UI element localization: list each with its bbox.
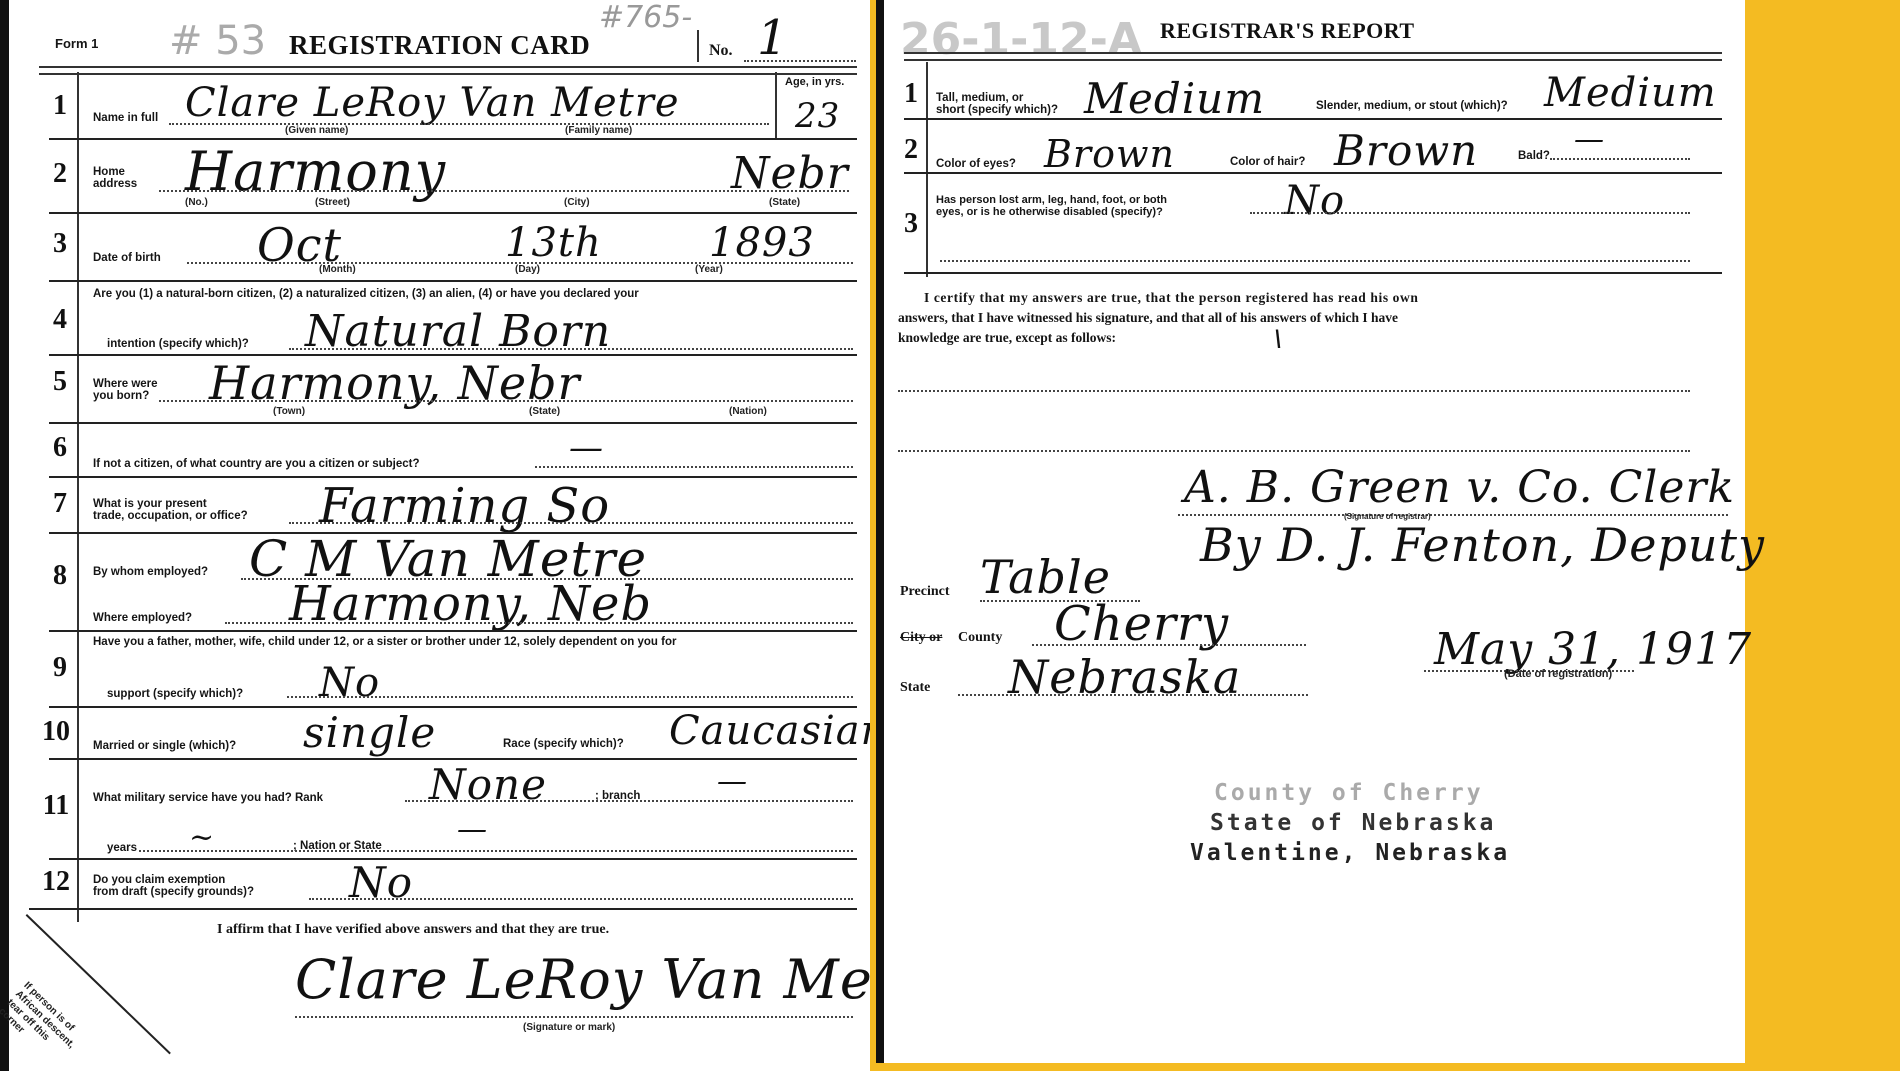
divider bbox=[697, 30, 699, 62]
nation-caption: (Nation) bbox=[729, 406, 767, 417]
dotted-line bbox=[898, 390, 1690, 392]
branch-value: — bbox=[717, 764, 748, 799]
citizenship-question: Are you (1) a natural-born citizen, (2) … bbox=[93, 288, 639, 300]
certification-mark: \ bbox=[1274, 326, 1283, 352]
eye-color-label: Color of eyes? bbox=[936, 158, 1016, 170]
row-number: 5 bbox=[43, 366, 77, 398]
occupation-label-1: What is your present bbox=[93, 498, 207, 510]
row-number: 7 bbox=[43, 488, 77, 520]
pencil-number: # 53 bbox=[169, 18, 266, 64]
marital-label: Married or single (which)? bbox=[93, 740, 236, 752]
certification-line-1: I certify that my answers are true, that… bbox=[924, 290, 1418, 306]
family-name-caption: (Family name) bbox=[565, 125, 632, 136]
height-label-2: short (specify which)? bbox=[936, 104, 1058, 116]
height-value: Medium bbox=[1084, 74, 1265, 123]
row-number: 12 bbox=[39, 866, 73, 898]
dotted-line bbox=[289, 348, 853, 350]
dotted-line bbox=[898, 450, 1690, 452]
birthplace-label-1: Where were bbox=[93, 378, 158, 390]
dependents-question: Have you a father, mother, wife, child u… bbox=[93, 636, 676, 648]
certification-line-2: answers, that I have witnessed his signa… bbox=[898, 310, 1398, 326]
disability-label-1: Has person lost arm, leg, hand, foot, or… bbox=[936, 194, 1167, 206]
registrant-signature: Clare LeRoy Van Metre bbox=[295, 948, 955, 1011]
town-caption: (Town) bbox=[273, 406, 305, 417]
day-caption: (Day) bbox=[515, 264, 540, 275]
row-number: 11 bbox=[39, 790, 73, 822]
signature-caption: (Signature or mark) bbox=[523, 1022, 615, 1033]
hair-color-label: Color of hair? bbox=[1230, 156, 1305, 168]
row-number: 10 bbox=[39, 716, 73, 748]
stamp-line-3: Valentine, Nebraska bbox=[1190, 840, 1510, 866]
row-rule bbox=[49, 422, 857, 424]
age-label: Age, in yrs. bbox=[785, 76, 844, 88]
bald-label: Bald? bbox=[1518, 150, 1550, 162]
age-value: 23 bbox=[795, 96, 840, 136]
dotted-line bbox=[1250, 212, 1690, 214]
home-label-1: Home bbox=[93, 166, 125, 178]
foreign-citizen-label: If not a citizen, of what country are yo… bbox=[93, 458, 420, 470]
county-label: County bbox=[958, 630, 1002, 646]
height-label-1: Tall, medium, or bbox=[936, 92, 1023, 104]
given-name-caption: (Given name) bbox=[285, 125, 348, 136]
dotted-line bbox=[287, 696, 853, 698]
race-label: Race (specify which)? bbox=[503, 738, 624, 750]
exemption-label-1: Do you claim exemption bbox=[93, 874, 225, 886]
row-number: 1 bbox=[894, 78, 928, 110]
dependents-label: support (specify which)? bbox=[107, 688, 243, 700]
row-rule bbox=[49, 212, 857, 214]
row-rule bbox=[29, 908, 857, 910]
race-value: Caucasian bbox=[669, 708, 887, 754]
dotted-line bbox=[744, 60, 856, 62]
age-divider bbox=[775, 72, 777, 138]
row-number: 4 bbox=[43, 304, 77, 336]
row-number: 1 bbox=[43, 90, 77, 122]
occupation-value: Farming So bbox=[319, 478, 610, 534]
affirmation-text: I affirm that I have verified above answ… bbox=[217, 922, 609, 938]
dotted-line bbox=[289, 522, 853, 524]
dotted-line bbox=[1550, 158, 1690, 160]
dotted-line bbox=[139, 850, 853, 852]
stamp-line-1: County of Cherry bbox=[1214, 780, 1484, 806]
employer-label: By whom employed? bbox=[93, 566, 208, 578]
marital-value: single bbox=[303, 708, 436, 757]
city-label-struck: City or bbox=[900, 630, 942, 646]
city-caption: (City) bbox=[564, 197, 590, 208]
row-rule bbox=[49, 858, 857, 860]
state-label: State bbox=[900, 680, 930, 696]
row-rule bbox=[904, 118, 1722, 120]
dotted-line bbox=[405, 800, 853, 802]
corner-note: If person is of African descent, tear of… bbox=[0, 980, 85, 1069]
build-label: Slender, medium, or stout (which)? bbox=[1316, 100, 1508, 112]
eye-color-value: Brown bbox=[1044, 132, 1175, 176]
work-location-label: Where employed? bbox=[93, 612, 192, 624]
state-caption: (State) bbox=[529, 406, 560, 417]
military-rank-label: What military service have you had? Rank bbox=[93, 792, 323, 804]
row-number: 6 bbox=[43, 432, 77, 464]
row-number: 2 bbox=[43, 158, 77, 190]
nation-state-value: — bbox=[457, 812, 488, 847]
dotted-line bbox=[295, 1016, 853, 1018]
year-caption: (Year) bbox=[695, 264, 723, 275]
dotted-line bbox=[958, 694, 1308, 696]
black-divider bbox=[876, 0, 884, 1063]
birthplace-label-2: you born? bbox=[93, 390, 149, 402]
row-number-divider bbox=[77, 72, 79, 922]
row-number: 9 bbox=[43, 652, 77, 684]
years-label: years bbox=[107, 842, 137, 854]
disability-label-2: eyes, or is he otherwise disabled (speci… bbox=[936, 206, 1163, 218]
row-rule bbox=[904, 272, 1722, 274]
row-number: 3 bbox=[894, 208, 928, 240]
deputy-signature: By D. J. Fenton, Deputy bbox=[1200, 518, 1765, 572]
foreign-citizen-value: — bbox=[569, 428, 604, 468]
home-city-value: Harmony bbox=[185, 140, 446, 203]
name-label: Name in full bbox=[93, 112, 158, 124]
no-label: No. bbox=[709, 42, 733, 60]
precinct-label: Precinct bbox=[900, 584, 950, 600]
report-title: REGISTRAR'S REPORT bbox=[1160, 18, 1415, 44]
registrar-signature: A. B. Green v. Co. Clerk bbox=[1184, 462, 1735, 513]
name-value: Clare LeRoy Van Metre bbox=[185, 80, 680, 126]
row-number: 2 bbox=[894, 134, 928, 166]
row-number: 3 bbox=[43, 228, 77, 260]
registration-date-caption: (Date of registration) bbox=[1504, 668, 1612, 680]
dotted-line bbox=[1032, 644, 1306, 646]
bald-value: — bbox=[1574, 122, 1605, 157]
disability-value: No bbox=[1284, 178, 1345, 224]
header-rule bbox=[39, 66, 857, 75]
card-title: REGISTRATION CARD bbox=[289, 30, 590, 61]
certification-line-3: knowledge are true, except as follows: bbox=[898, 330, 1116, 346]
header-rule bbox=[904, 52, 1722, 61]
citizenship-label: intention (specify which)? bbox=[107, 338, 249, 350]
dotted-line bbox=[535, 466, 853, 468]
stamp-line-2: State of Nebraska bbox=[1210, 810, 1496, 836]
state-caption: (State) bbox=[769, 197, 800, 208]
exemption-label-2: from draft (specify grounds)? bbox=[93, 886, 254, 898]
dotted-line bbox=[309, 898, 853, 900]
row-rule bbox=[49, 630, 857, 632]
registration-card: Form 1 # 53 #765- REGISTRATION CARD No. … bbox=[0, 0, 870, 1071]
row-rule bbox=[904, 172, 1722, 174]
pencil-serial: #765- bbox=[599, 0, 692, 35]
hair-color-value: Brown bbox=[1334, 126, 1478, 175]
dotted-line bbox=[169, 123, 769, 125]
dotted-line bbox=[1178, 514, 1728, 516]
row-rule bbox=[49, 138, 857, 140]
home-label-2: address bbox=[93, 178, 137, 190]
dob-day-value: 13th bbox=[505, 220, 602, 266]
registrars-report-card: 26-1-12-A REGISTRAR'S REPORT 1 Tall, med… bbox=[884, 0, 1745, 1063]
dotted-line bbox=[159, 400, 853, 402]
no-caption: (No.) bbox=[185, 197, 208, 208]
row-number: 8 bbox=[43, 560, 77, 592]
build-value: Medium bbox=[1544, 70, 1717, 116]
occupation-label-2: trade, occupation, or office? bbox=[93, 510, 248, 522]
street-caption: (Street) bbox=[315, 197, 350, 208]
row-rule bbox=[49, 280, 857, 282]
form-label: Form 1 bbox=[55, 36, 98, 51]
month-caption: (Month) bbox=[319, 264, 356, 275]
dotted-line bbox=[159, 190, 849, 192]
dotted-line bbox=[225, 622, 853, 624]
dotted-line bbox=[940, 260, 1690, 262]
no-value: 1 bbox=[757, 10, 789, 66]
dob-year-value: 1893 bbox=[709, 220, 815, 266]
dob-label: Date of birth bbox=[93, 252, 161, 264]
dependents-value: No bbox=[319, 660, 380, 706]
